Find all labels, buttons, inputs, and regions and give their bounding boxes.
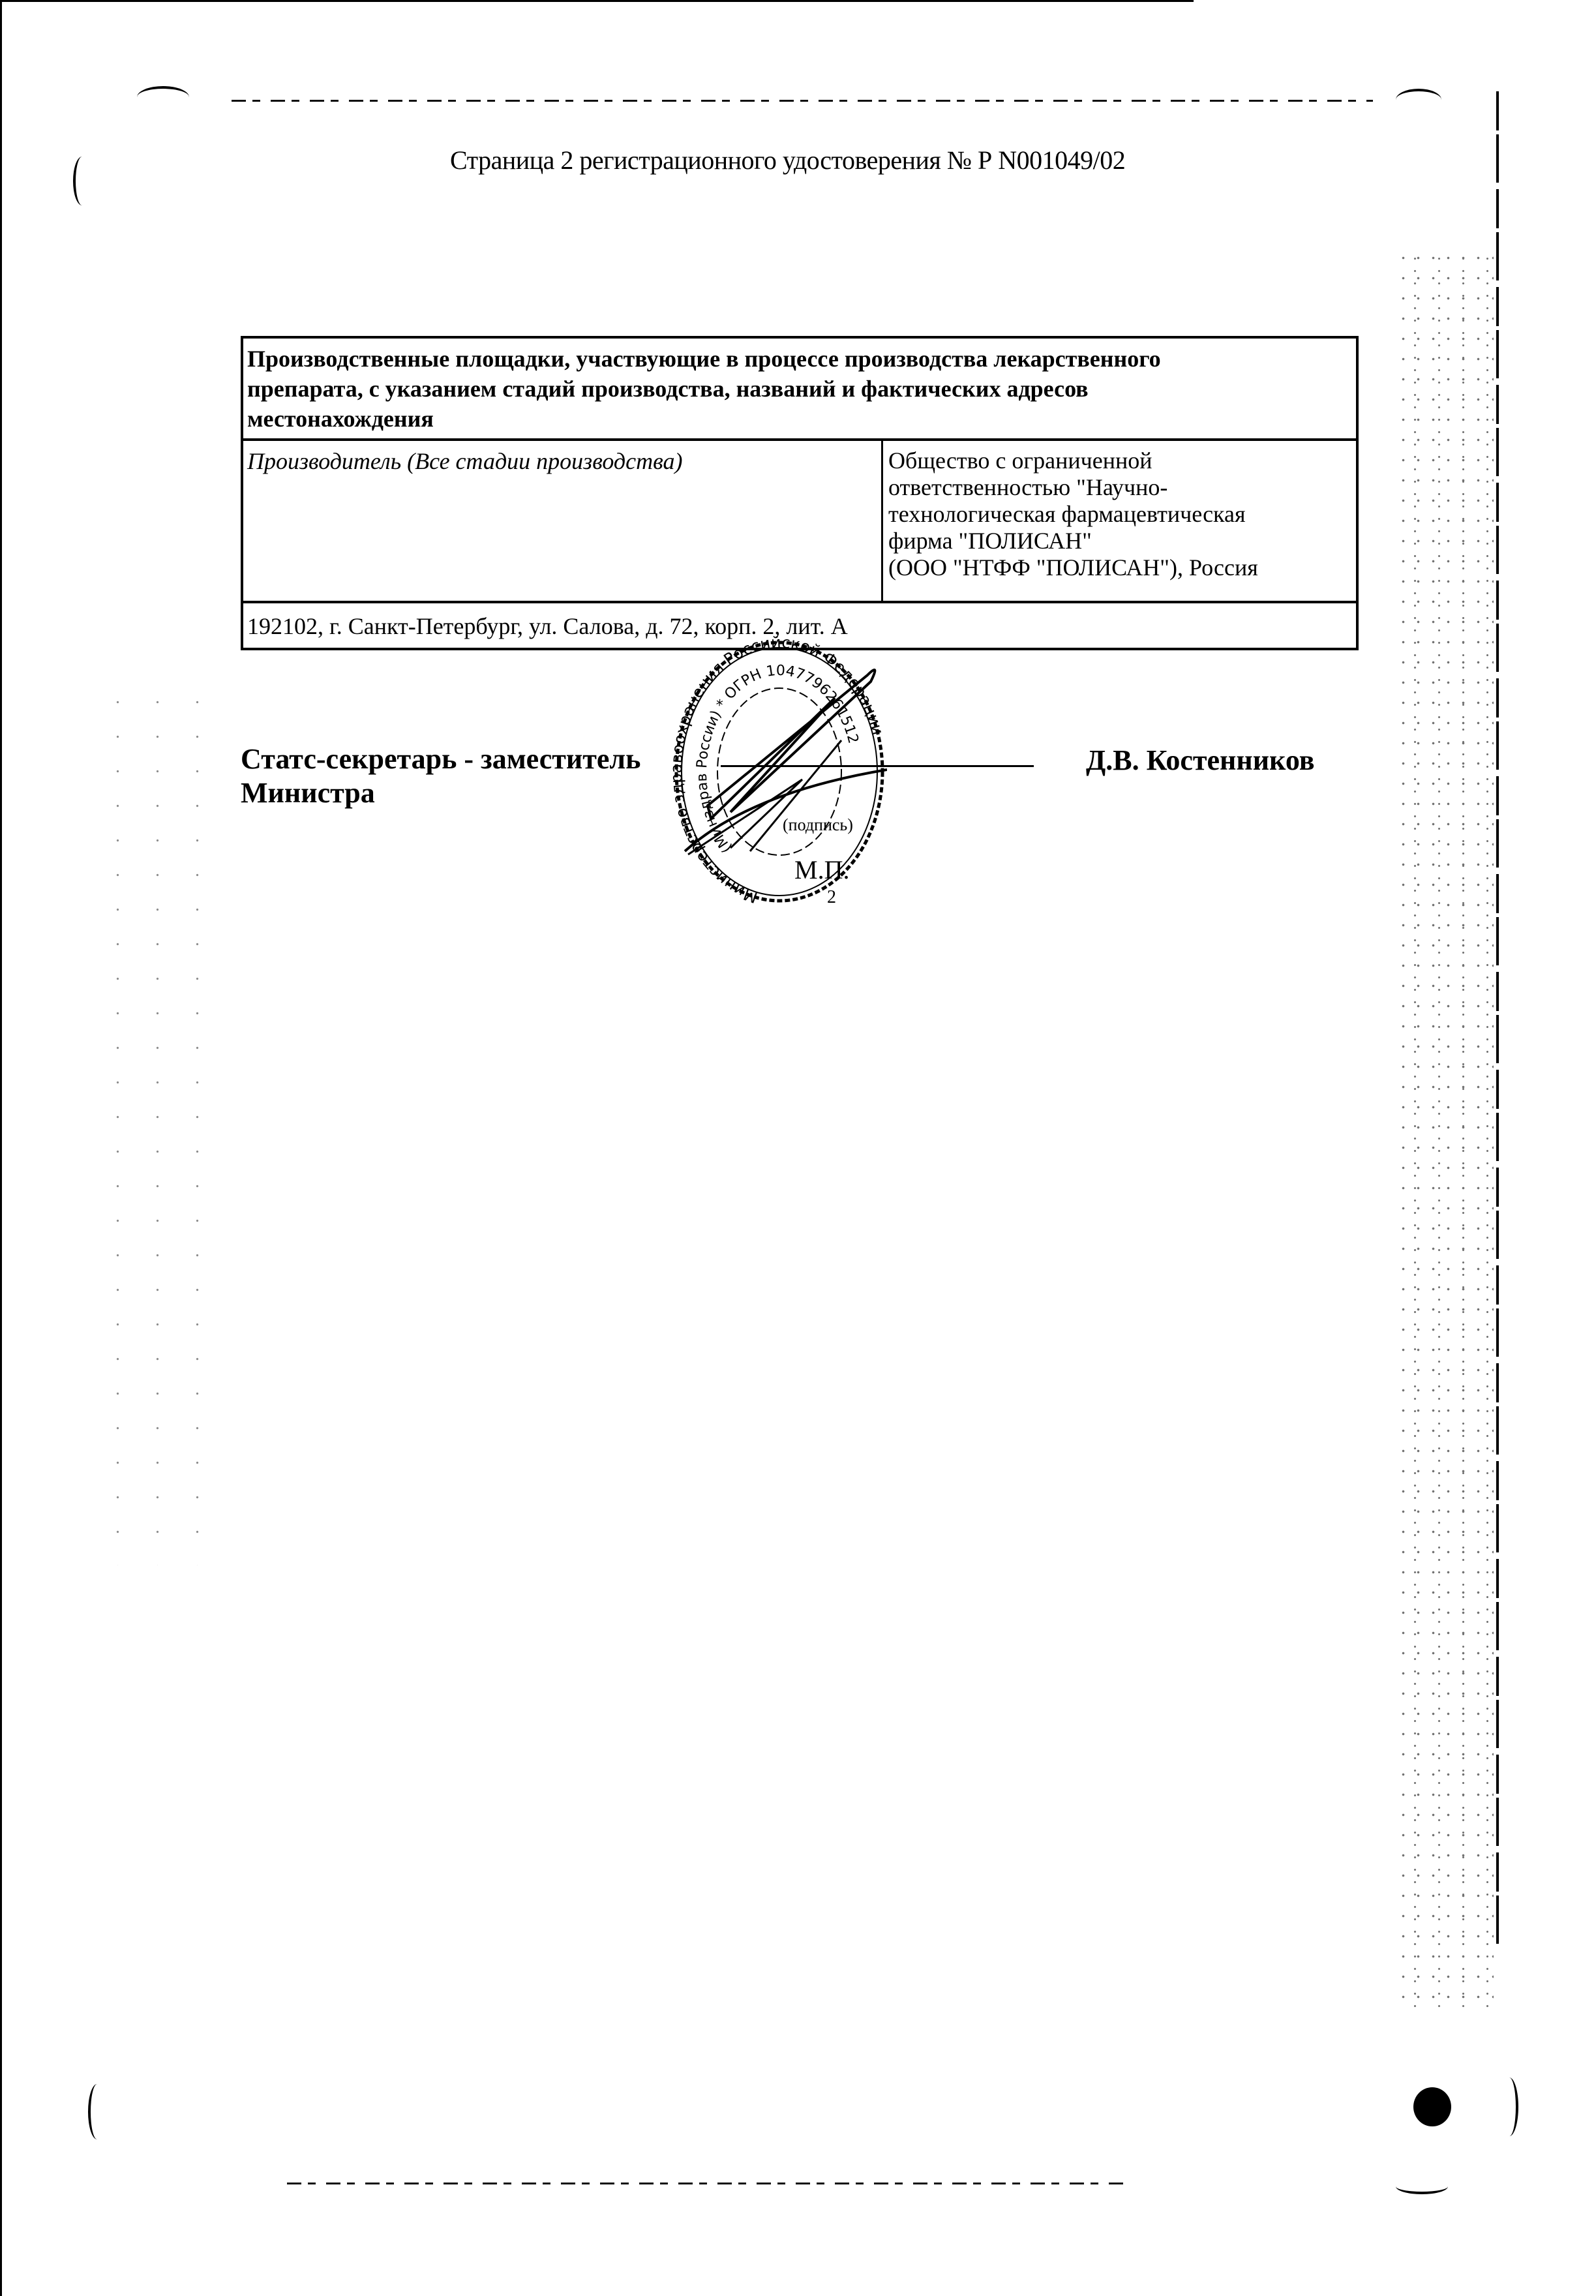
signatory-title: Статс-секретарь - заместитель Министра	[241, 742, 640, 810]
scan-bracket-top-left	[137, 86, 189, 108]
scan-edge-right	[1496, 91, 1499, 1950]
signatory-title-line: Статс-секретарь - заместитель	[241, 742, 640, 776]
scan-bracket-left-bottom	[88, 2084, 106, 2139]
scan-bracket-right-bottom	[1500, 2077, 1518, 2136]
scan-bracket-top-right	[1396, 89, 1441, 111]
official-stamp-icon: Министерство здравоохранения Российской …	[672, 636, 887, 910]
company-line: технологическая фармацевтическая	[888, 501, 1351, 528]
scan-noise-right	[1396, 248, 1494, 2009]
scan-dash-top	[232, 100, 1373, 102]
manufacturer-role-cell: Производитель (Все стадии производства)	[243, 441, 883, 601]
table-heading-line: местонахождения	[247, 404, 1352, 434]
table-heading-line: препарата, с указанием стадий производст…	[247, 374, 1352, 404]
company-line: ответственностью "Научно-	[888, 474, 1351, 501]
company-line: (ООО "НТФФ "ПОЛИСАН"), Россия	[888, 554, 1351, 581]
stamp-number: 2	[827, 887, 836, 908]
company-line: фирма "ПОЛИСАН"	[888, 528, 1351, 554]
signatory-title-line: Министра	[241, 776, 640, 810]
table-heading-line: Производственные площадки, участвующие в…	[247, 344, 1352, 374]
page-title: Страница 2 регистрационного удостоверени…	[450, 145, 1125, 175]
company-line: Общество с ограниченной	[888, 447, 1351, 474]
manufacturer-company-cell: Общество с ограниченной ответственностью…	[883, 441, 1356, 601]
stamp-mp-label: М.П.	[794, 854, 849, 885]
punch-hole-mark	[1413, 2087, 1451, 2126]
scan-noise-left	[98, 685, 228, 1565]
scan-bracket-bottom-right	[1396, 2179, 1448, 2194]
scan-edge-top	[0, 0, 1194, 2]
table-heading: Производственные площадки, участвующие в…	[243, 339, 1356, 441]
table-row: Производитель (Все стадии производства) …	[243, 441, 1356, 603]
scan-edge-left	[0, 0, 2, 2296]
production-sites-table: Производственные площадки, участвующие в…	[241, 336, 1359, 650]
scan-dash-bottom	[287, 2183, 1128, 2184]
stamp-signature-caption: (подпись)	[783, 815, 853, 835]
scan-bracket-left-top	[73, 157, 91, 205]
signatory-name: Д.В. Костенников	[1086, 744, 1315, 777]
